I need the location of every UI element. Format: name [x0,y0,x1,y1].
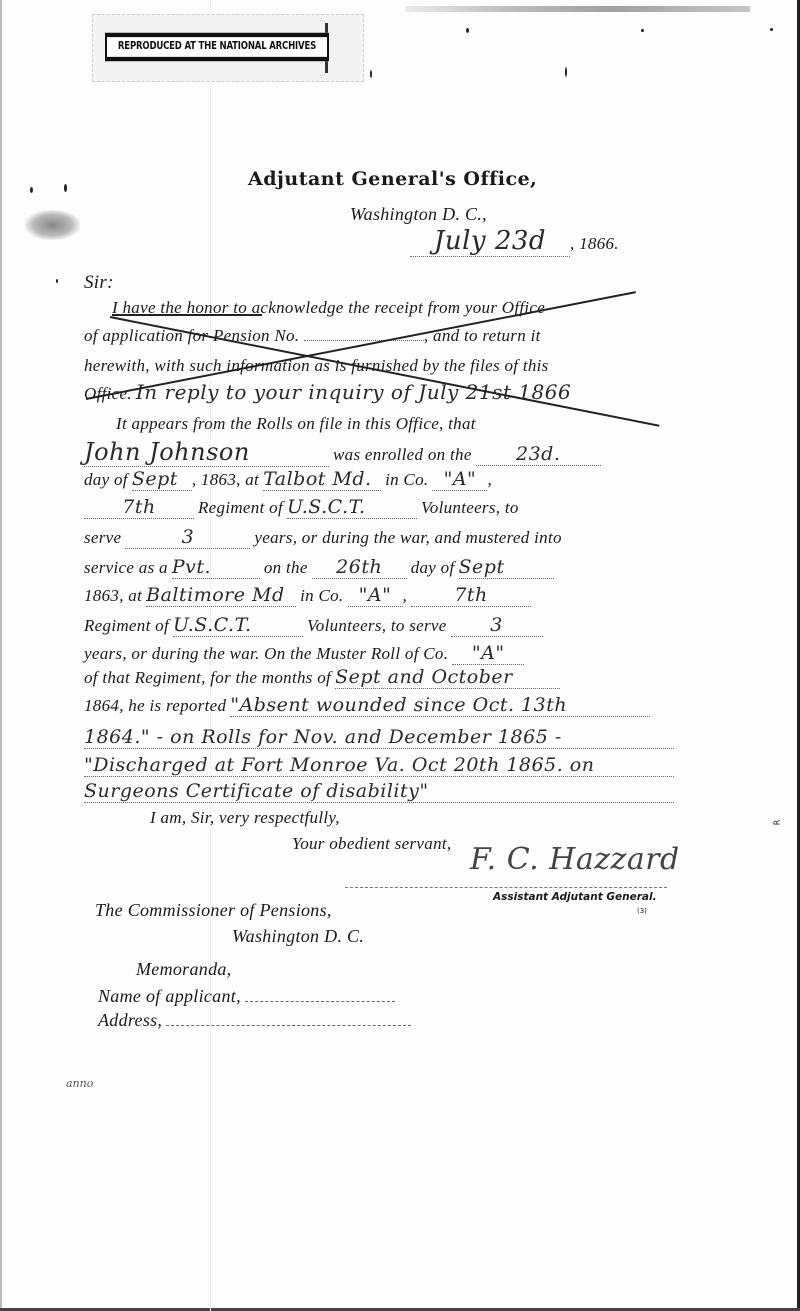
muster-month: Sept [459,556,554,579]
salutation: Sir: [84,272,114,294]
roll-months: Sept and October [335,666,560,689]
office-heading: Adjutant General's Office, [248,168,537,190]
ink-blot [25,210,80,240]
company-3: "A" [452,642,524,665]
closing-line-1: I am, Sir, very respectfully, [150,808,340,828]
applicant-name-field [245,987,395,1002]
body-line-6a: service as a [84,558,168,577]
body-line-6b: on the [264,558,308,577]
report-line-3: "Discharged at Fort Monroe Va. Oct 20th … [84,754,674,777]
speck [466,28,469,33]
body-line-5a: serve [84,528,121,547]
signature-line [345,887,667,888]
body-line-8b: Volunteers, to serve [307,616,447,635]
inquiry-handwritten: In reply to your inquiry of July 21st 18… [136,380,571,404]
address-label: Address, [98,1010,162,1030]
company: "A" [432,468,487,491]
speck [770,28,773,31]
letterhead-city: Washington D. C., [350,204,487,225]
company-2: "A" [348,584,403,607]
speck [30,187,33,193]
enroll-day: 23d. [476,443,601,466]
address-field [166,1011,411,1026]
signer-title: Assistant Adjutant General. [493,891,657,903]
date-year: , 1866. [570,234,619,253]
form-number: (3) [637,907,647,915]
speck [641,29,644,32]
body-line-3c: in Co. [385,470,428,489]
margin-note: anno [66,1077,93,1090]
body-line-7a: 1863, at [84,586,142,605]
addressee-line-2: Washington D. C. [232,926,364,947]
body-line-4a: Regiment of [198,498,283,517]
archive-stamp: REPRODUCED AT THE NATIONAL ARCHIVES [105,33,329,62]
speck [370,70,372,78]
report-line-2: 1864." - on Rolls for Nov. and December … [84,726,674,749]
years-served-2: 3 [451,614,543,637]
page-edge-left [0,0,2,1311]
memoranda-heading: Memoranda, [136,959,232,980]
struck-line-2a: of application for Pension No. [84,326,299,345]
body-line-10a: of that Regiment, for the months of [84,668,331,687]
speck [64,184,67,192]
body-line-7b: in Co. [300,586,343,605]
body-line-8a: Regiment of [84,616,169,635]
years-served: 3 [125,526,250,549]
enroll-place: Talbot Md. [263,468,381,491]
regiment-type: U.S.C.T. [287,496,417,519]
enroll-month: Sept [132,468,192,491]
regiment-type-2: U.S.C.T. [173,614,303,637]
date-handwritten: July 23d [410,226,570,257]
body-line-6c: day of [411,558,455,577]
soldier-name: John Johnson [84,438,329,467]
body-line-5b: years, or during the war, and mustered i… [254,528,561,547]
body-line-2b: was enrolled on the [333,445,472,464]
top-smudge [405,6,750,12]
body-line-9a: years, or during the war. On the Muster … [84,644,448,663]
strike-line-c [112,314,262,316]
body-line-11a: 1864, he is reported [84,696,226,715]
body-line-3b: , 1863, at [192,470,259,489]
signature: F. C. Hazzard [470,842,680,877]
regiment-number: 7th [84,496,194,519]
applicant-name-label: Name of applicant, [98,986,241,1006]
body-line-1: It appears from the Rolls on file in thi… [116,414,476,434]
report-line-1: "Absent wounded since Oct. 13th [230,694,650,717]
body-line-4b: Volunteers, to [421,498,519,517]
regiment-number-2: 7th [411,584,531,607]
muster-day: 26th [312,556,407,579]
speck [565,67,567,77]
speck [56,279,58,283]
report-line-4: Surgeons Certificate of disability" [84,780,674,803]
closing-line-2: Your obedient servant, [292,834,451,854]
edge-mark: R [772,820,781,826]
struck-line-3: herewith, with such information as is fu… [84,356,549,376]
pension-number-field [304,326,424,341]
addressee-line-1: The Commissioner of Pensions, [95,900,332,921]
muster-place: Baltimore Md [146,584,296,607]
rank: Pvt. [172,556,260,579]
body-line-3a: day of [84,470,128,489]
